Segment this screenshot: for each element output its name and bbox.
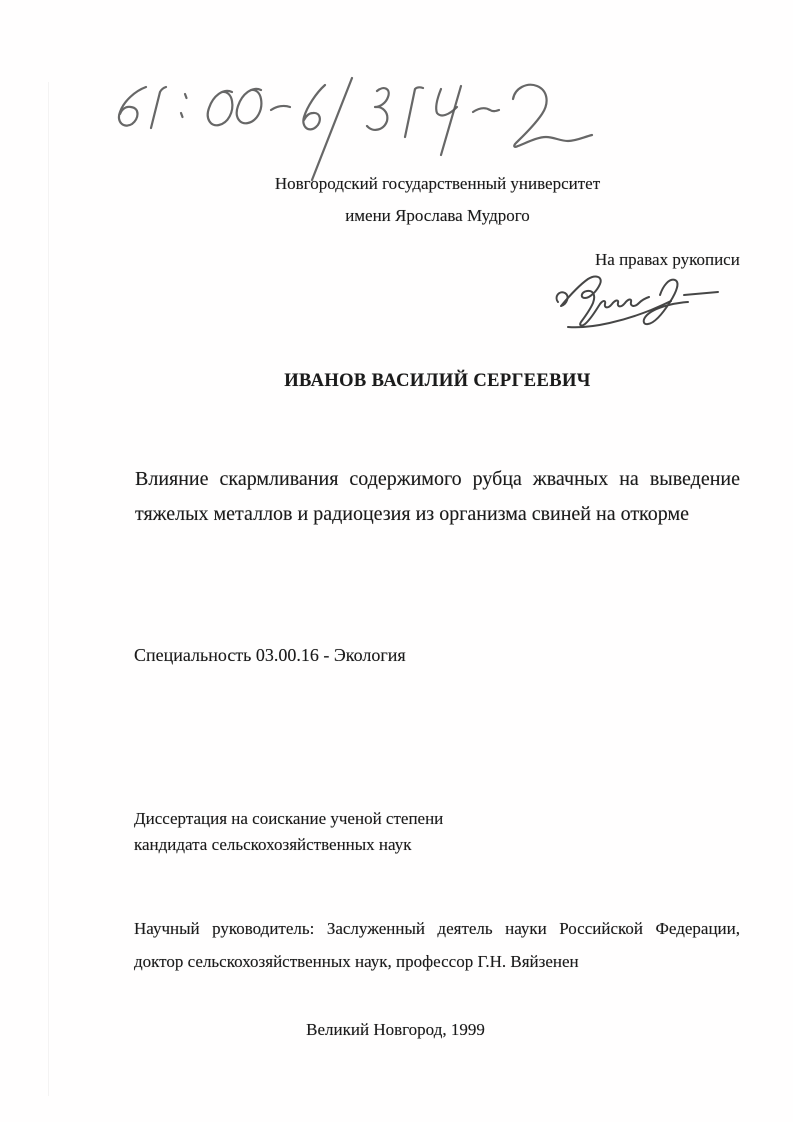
supervisor-statement: Научный руководитель: Заслуженный деятел… <box>134 912 740 978</box>
university-name-line1: Новгородский государственный университет <box>135 168 740 200</box>
dissertation-title: Влияние скармливания содержимого рубца ж… <box>135 462 740 532</box>
dissertation-title-line2: тяжелых металлов и радиоцезия из организ… <box>135 497 740 532</box>
degree-statement-line2: кандидата сельскохозяйственных наук <box>134 832 443 858</box>
author-name: ИВАНОВ ВАСИЛИЙ СЕРГЕЕВИЧ <box>135 371 740 392</box>
scan-page-edge-line <box>48 82 49 1096</box>
degree-statement-line1: Диссертация на соискание ученой степени <box>134 806 443 832</box>
university-name: Новгородский государственный университет… <box>135 168 740 232</box>
manuscript-rights-note: На правах рукописи <box>595 250 740 270</box>
city-year: Великий Новгород, 1999 <box>0 1020 791 1040</box>
signature-handwriting <box>548 268 723 330</box>
dissertation-title-page: Новгородский государственный университет… <box>0 0 793 1122</box>
degree-statement: Диссертация на соискание ученой степени … <box>134 806 443 858</box>
university-name-line2: имени Ярослава Мудрого <box>135 200 740 232</box>
dissertation-title-line1: Влияние скармливания содержимого рубца ж… <box>135 462 740 497</box>
specialty-line: Специальность 03.00.16 - Экология <box>134 645 406 666</box>
supervisor-statement-line2: доктор сельскохозяйственных наук, профес… <box>134 945 740 978</box>
supervisor-statement-line1: Научный руководитель: Заслуженный деятел… <box>134 912 740 945</box>
